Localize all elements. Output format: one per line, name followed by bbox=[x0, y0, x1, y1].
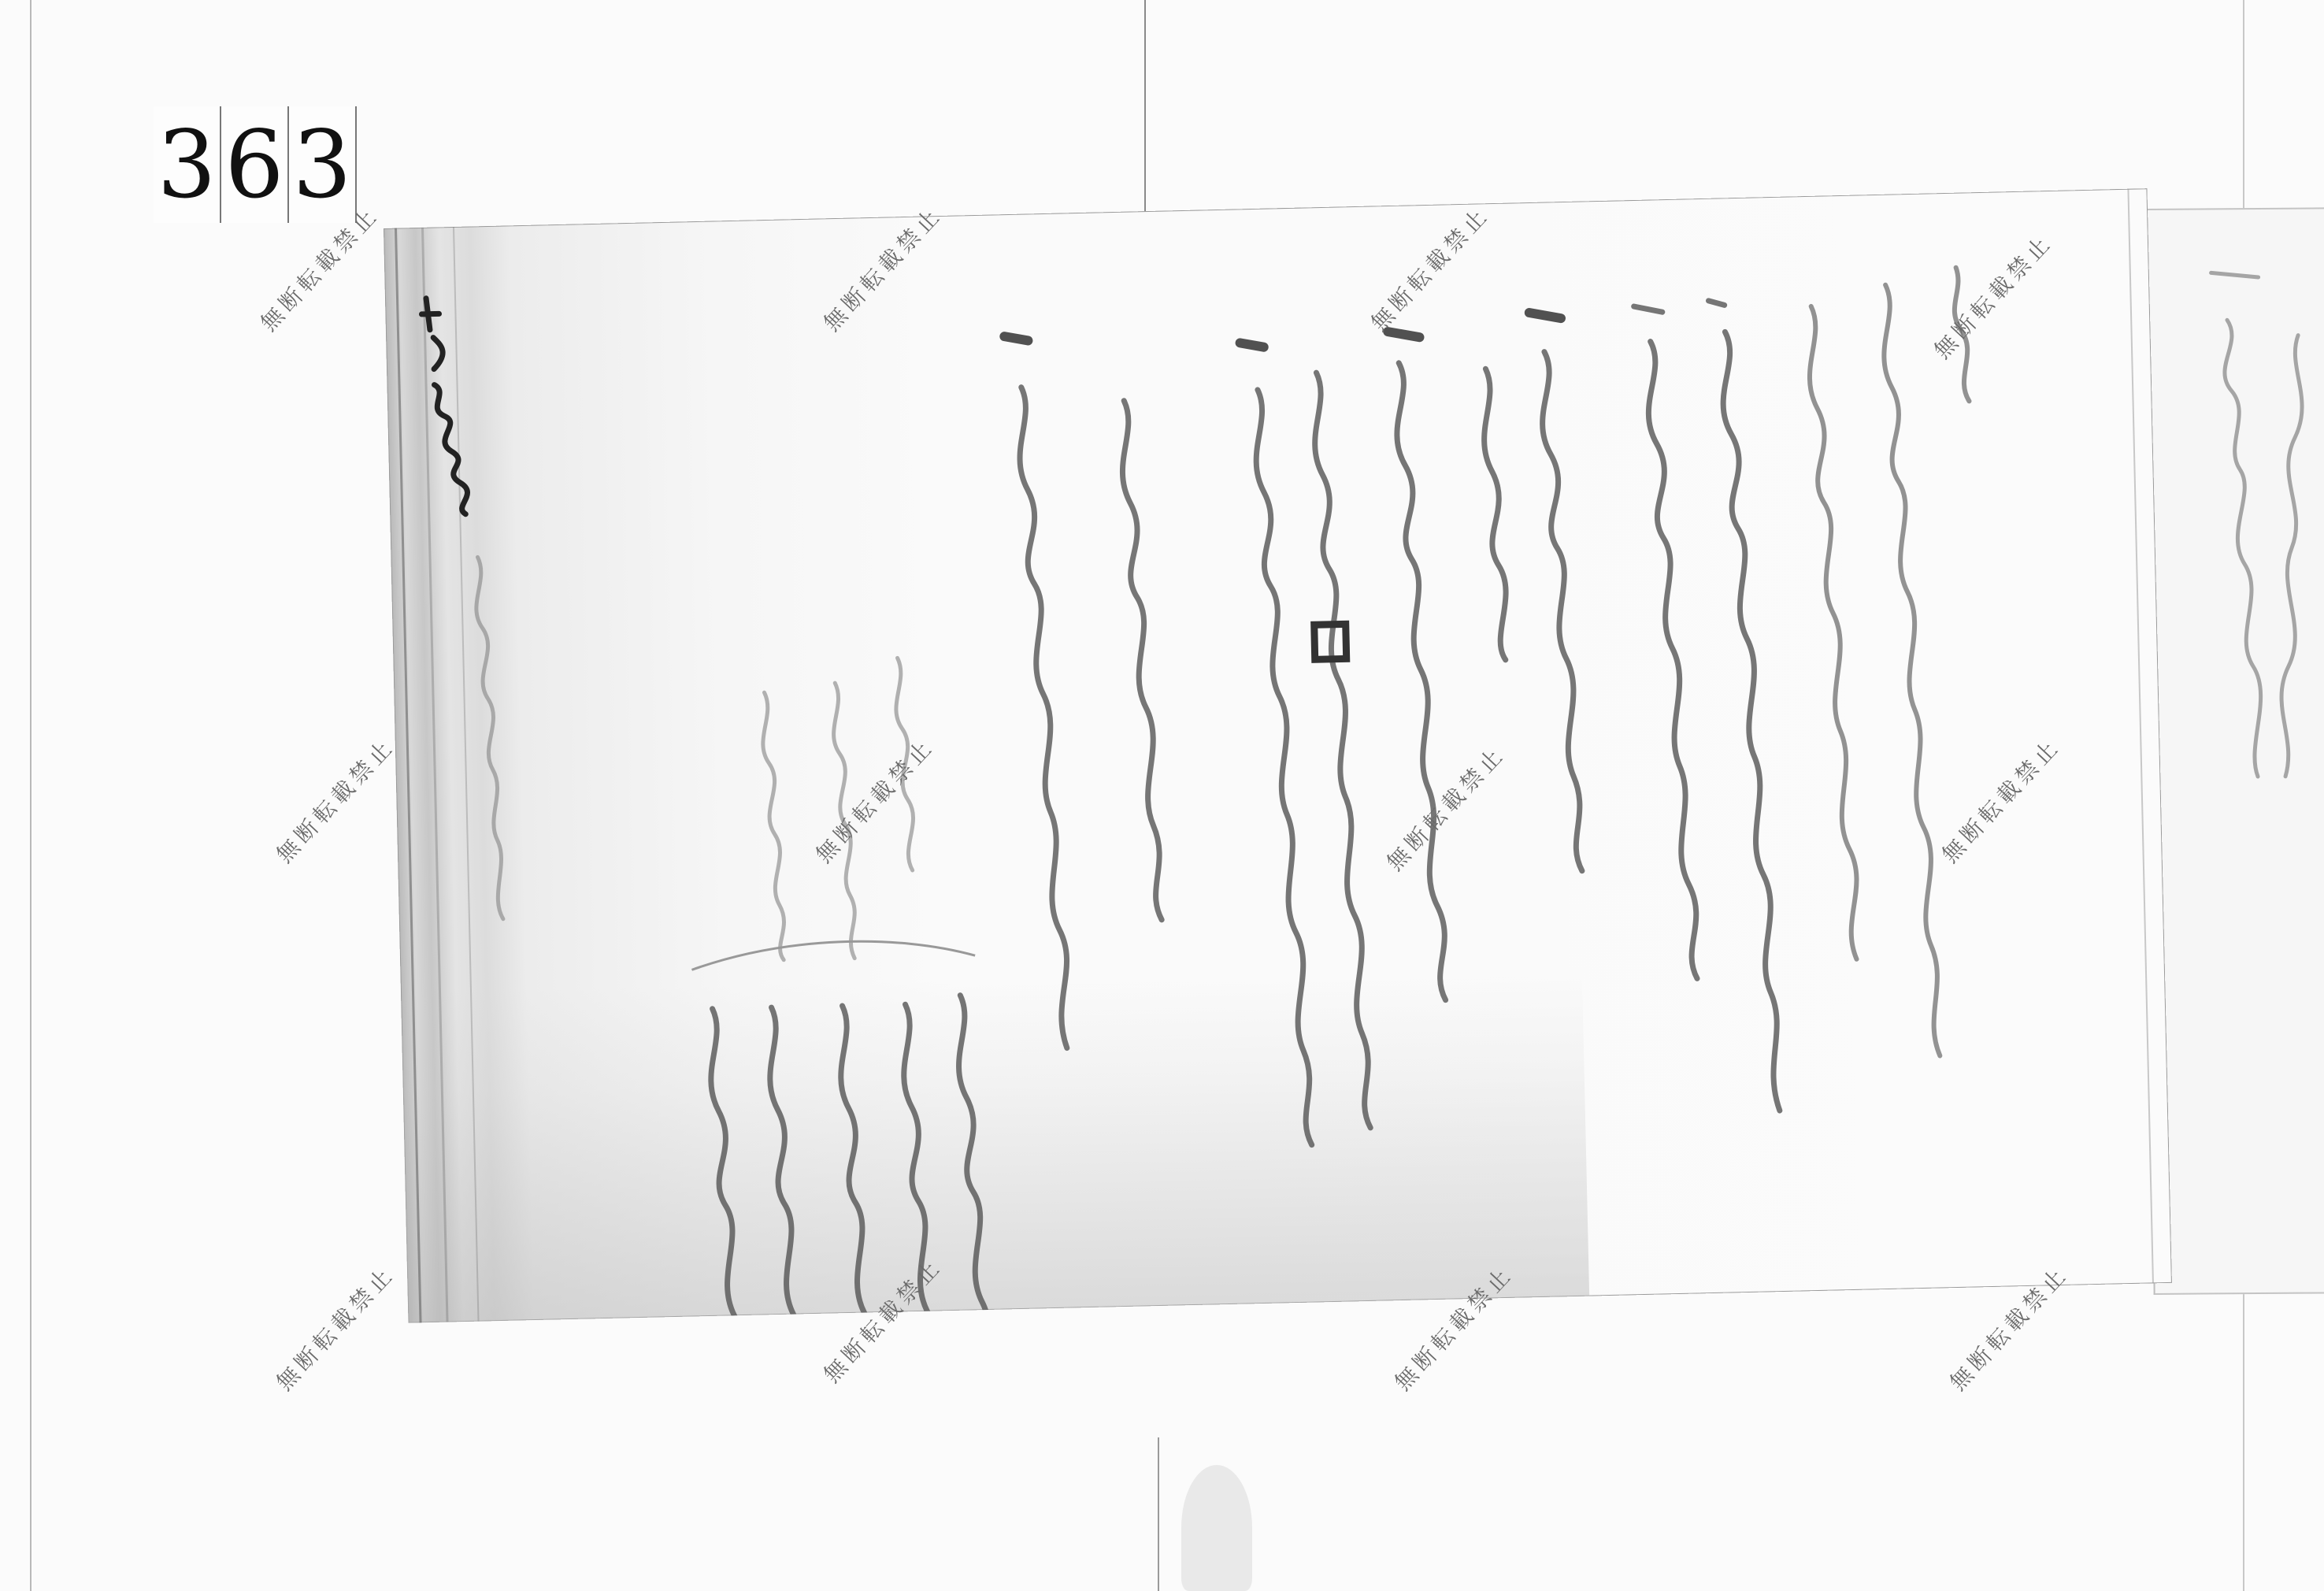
handwritten-column-strokes bbox=[2148, 209, 2324, 1293]
margin-line-left bbox=[30, 0, 32, 1591]
margin-line-bottom-center bbox=[1158, 1437, 1159, 1591]
watermark-text: 無断転載禁止 bbox=[269, 1258, 401, 1396]
page-number-label: 3 6 3 bbox=[154, 106, 357, 223]
adjacent-paper-sheet bbox=[2146, 207, 2324, 1295]
watermark-text: 無断転載禁止 bbox=[269, 730, 401, 869]
margin-line-top-center bbox=[1144, 0, 1146, 236]
handwritten-text-columns bbox=[384, 188, 2172, 1322]
page-number-digit: 6 bbox=[221, 106, 289, 223]
background-shadow-figure bbox=[1181, 1465, 1252, 1591]
page-number-digit: 3 bbox=[154, 106, 221, 223]
document-sheet bbox=[384, 188, 2172, 1322]
page-number-digit: 3 bbox=[289, 106, 357, 223]
